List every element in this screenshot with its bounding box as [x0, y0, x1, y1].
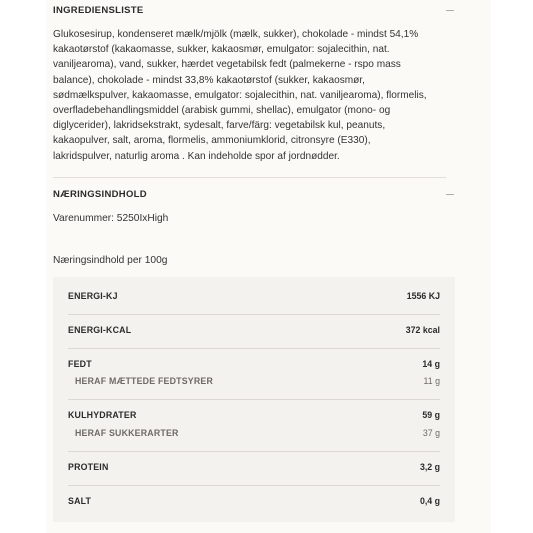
nutrient-label: KULHYDRATER [68, 410, 137, 420]
nutrition-header[interactable]: NÆRINGSINDHOLD [53, 184, 456, 204]
ingredients-title: INGREDIENSLISTE [53, 5, 144, 16]
ingredients-text: Glukosesirup, kondenseret mælk/mjölk (mæ… [53, 27, 473, 164]
nutrition-per-label: Næringsindhold per 100g [53, 255, 167, 266]
nutrient-value: 3,2 g [420, 462, 440, 472]
nutrient-value: 59 g [422, 410, 440, 420]
row-divider [68, 314, 440, 315]
minus-icon[interactable] [446, 194, 454, 195]
row-divider [68, 451, 440, 452]
nutrition-title: NÆRINGSINDHOLD [53, 189, 147, 200]
ingredients-header[interactable]: INGREDIENSLISTE [53, 0, 456, 20]
nutrient-value: 11 g [424, 376, 440, 386]
nutrient-value: 1556 KJ [407, 291, 440, 301]
nutrient-label: PROTEIN [68, 462, 109, 472]
nutrient-value: 0,4 g [420, 496, 440, 506]
nutrient-label: FEDT [68, 359, 92, 369]
nutrient-value: 37 g [423, 428, 440, 438]
product-info-panel: INGREDIENSLISTE Glukosesirup, kondensere… [46, 0, 491, 533]
row-divider [68, 485, 440, 486]
nutrient-value: 372 kcal [406, 325, 440, 335]
nutrient-label: HERAF MÆTTEDE FEDTSYRER [75, 376, 213, 386]
row-divider [68, 399, 440, 400]
minus-icon[interactable] [446, 10, 454, 11]
row-divider [68, 348, 440, 349]
nutrient-label: HERAF SUKKERARTER [75, 428, 179, 438]
nutrient-label: SALT [68, 496, 91, 506]
nutrient-value: 14 g [422, 359, 440, 369]
section-divider [53, 177, 446, 178]
nutrient-label: ENERGI-KJ [68, 291, 118, 301]
nutrient-label: ENERGI-KCAL [68, 325, 131, 335]
item-number: Varenummer: 5250IxHigh [53, 213, 168, 224]
nutrition-table: ENERGI-KJ 1556 KJ ENERGI-KCAL 372 kcal F… [53, 277, 455, 522]
